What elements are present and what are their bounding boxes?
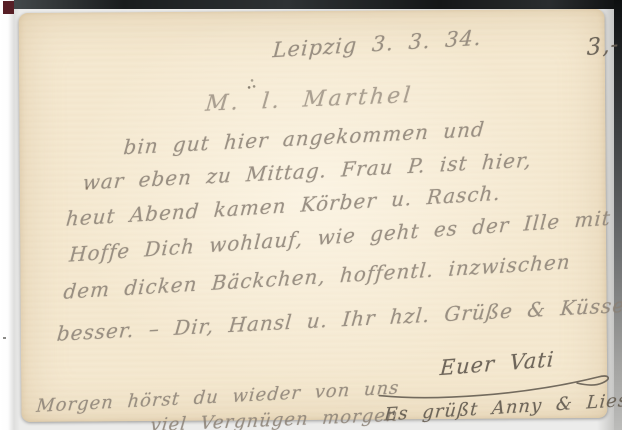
- scanner-shadow-band-right: [614, 0, 622, 430]
- handwritten-dateline: Leipzig 3. 3. 34.: [272, 26, 482, 63]
- paper-speck: [86, 187, 88, 190]
- price-note: 3,-: [586, 31, 619, 61]
- backdrop-speck: [3, 337, 6, 339]
- scanned-postcard-photo: Leipzig 3. 3. 34. 3,- M. l. Marthel bin …: [0, 0, 622, 430]
- salutation: M. l. Marthel: [204, 83, 414, 117]
- body-line: besser. – Dir, Hansl u. Ihr hzl. Grüße &…: [56, 293, 622, 346]
- maroon-corner-mark: [3, 1, 14, 14]
- scanner-shadow-band-top: [14, 0, 622, 9]
- pencil-dot-marks: [247, 77, 257, 89]
- postcard: Leipzig 3. 3. 34. 3,- M. l. Marthel bin …: [19, 9, 608, 422]
